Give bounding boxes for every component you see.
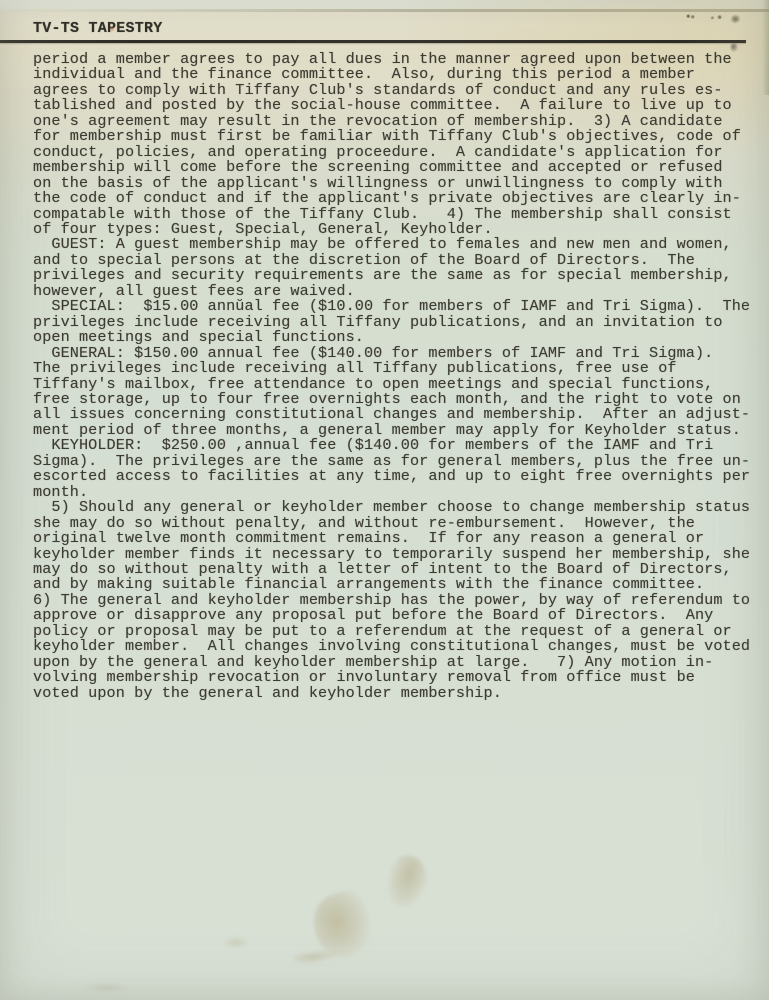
document-body-text: period a member agrees to pay all dues i…	[33, 52, 750, 701]
paper-top-edge	[0, 0, 769, 9]
ink-smudge	[686, 13, 695, 20]
ink-smudge	[710, 14, 722, 21]
page-title: TV-TS TAPESTRY	[33, 21, 163, 36]
header-underline-rule	[0, 40, 746, 43]
scanned-document-page: TV-TS TAPESTRY period a member agrees to…	[0, 0, 769, 1000]
paper-stain	[305, 886, 378, 964]
ink-smudge	[731, 15, 740, 23]
scan-right-edge	[762, 0, 769, 95]
paper-stain	[292, 947, 339, 966]
paper-stain	[84, 983, 128, 992]
paper-edge-shadow	[0, 9, 769, 12]
paper-stain	[224, 937, 248, 948]
paper-stain	[382, 852, 433, 912]
